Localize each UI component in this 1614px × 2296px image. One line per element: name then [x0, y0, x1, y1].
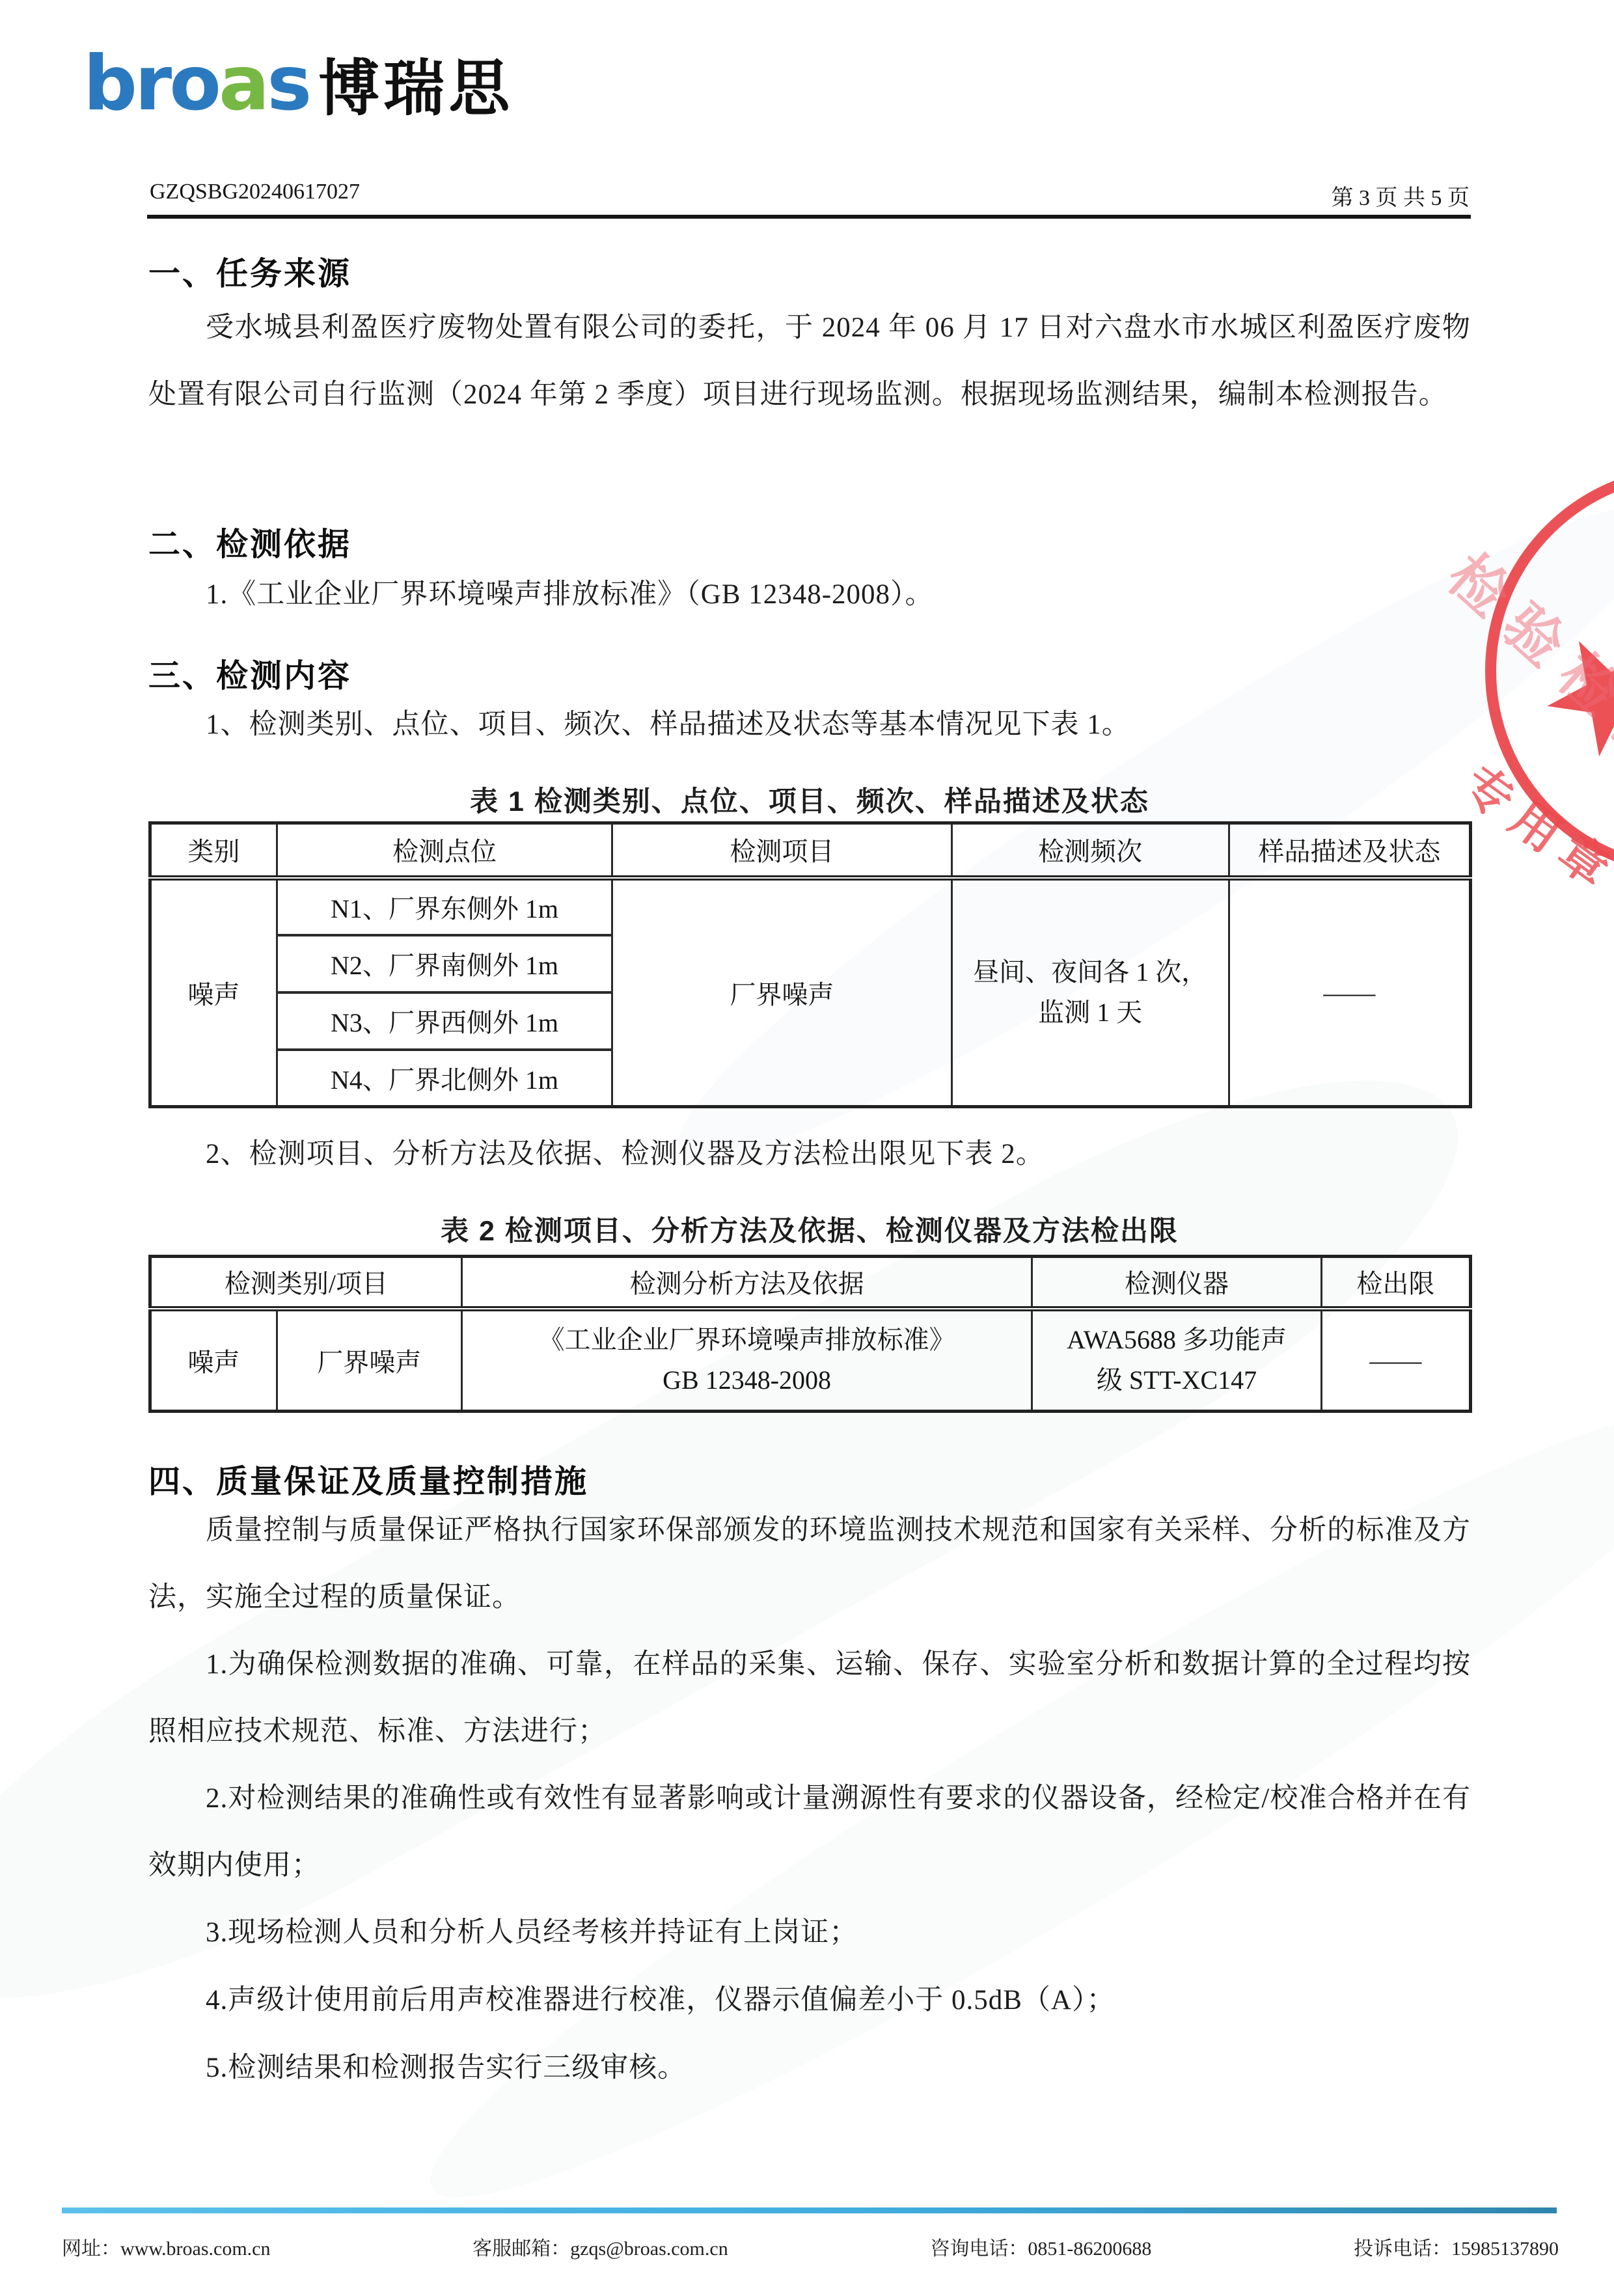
- table-1-category-cell: 噪声: [150, 878, 277, 1107]
- header-rule: [147, 215, 1471, 219]
- table-2-item-cell: 厂界噪声: [277, 1309, 461, 1412]
- section-4-paragraph: 质量控制与质量保证严格执行国家环保部颁发的环境监测技术规范和国家有关采样、分析的…: [148, 1497, 1471, 1631]
- table-2-method-cell: 《工业企业厂界环境噪声排放标准》 GB 12348-2008: [461, 1309, 1032, 1412]
- footer-website: 网址：www.broas.com.cn: [62, 2232, 271, 2261]
- logo-latin-text: broas: [83, 49, 309, 119]
- table-1-header-category: 类别: [150, 823, 277, 878]
- table-2-header-method: 检测分析方法及依据: [461, 1257, 1032, 1309]
- section-3-title: 三、检测内容: [148, 651, 1471, 696]
- table-2-category-cell: 噪声: [150, 1309, 277, 1412]
- table-1-header-sample: 样品描述及状态: [1229, 823, 1470, 878]
- section-1-paragraph: 受水城县利盈医疗废物处置有限公司的委托，于 2024 年 06 月 17 日对六…: [148, 294, 1471, 428]
- table-1-header-point: 检测点位: [277, 823, 612, 878]
- table-1-point-n4: N4、厂界北侧外 1m: [277, 1050, 612, 1107]
- table-1-sample-cell: ——: [1229, 878, 1470, 1107]
- section-4-item-1: 1.为确保检测数据的准确、可靠，在样品的采集、运输、保存、实验室分析和数据计算的…: [148, 1631, 1471, 1765]
- table-1-frequency-cell: 昼间、夜间各 1 次， 监测 1 天: [951, 878, 1229, 1107]
- logo-chinese-text: 博瑞思: [318, 58, 513, 119]
- footer-rule: [62, 2207, 1557, 2213]
- table-2: 检测类别/项目 检测分析方法及依据 检测仪器 检出限 噪声 厂界噪声 《工业企业…: [148, 1255, 1472, 1413]
- table-1: 类别 检测点位 检测项目 检测频次 样品描述及状态 噪声 N1、厂界东侧外 1m…: [148, 821, 1472, 1108]
- report-code: GZQSBG20240617027: [150, 180, 360, 212]
- table-1-point-n1: N1、厂界东侧外 1m: [277, 878, 612, 935]
- section-4-item-4: 4.声级计使用前后用声校准器进行校准，仪器示值偏差小于 0.5dB（A）；: [148, 1967, 1471, 2034]
- section-4-item-3: 3.现场检测人员和分析人员经考核并持证有上岗证；: [148, 1899, 1471, 1966]
- table-2-header-instrument: 检测仪器: [1032, 1257, 1321, 1309]
- page-footer: 网址：www.broas.com.cn 客服邮箱：gzqs@broas.com.…: [62, 2232, 1559, 2261]
- section-2-title: 二、检测依据: [148, 519, 1471, 565]
- table-2-title: 表 2 检测项目、分析方法及依据、检测仪器及方法检出限: [148, 1209, 1471, 1249]
- logo-latin-pre: bro: [83, 40, 219, 128]
- table-1-point-n2: N2、厂界南侧外 1m: [277, 935, 612, 992]
- section-4-title: 四、质量保证及质量控制措施: [148, 1456, 1471, 1502]
- table-1-header-frequency: 检测频次: [951, 823, 1229, 878]
- section-3-item-1: 1、检测类别、点位、项目、频次、样品描述及状态等基本情况见下表 1。: [148, 691, 1471, 758]
- table-2-limit-cell: ——: [1321, 1309, 1470, 1412]
- table-2-header-limit: 检出限: [1321, 1257, 1470, 1309]
- table-1-title: 表 1 检测类别、点位、项目、频次、样品描述及状态: [148, 780, 1471, 819]
- section-2-item-1: 1.《工业企业厂界环境噪声排放标准》（GB 12348-2008）。: [148, 561, 1471, 628]
- table-2-instrument-cell: AWA5688 多功能声 级 STT-XC147: [1032, 1309, 1321, 1412]
- footer-complaint-phone: 投诉电话：15985137890: [1354, 2232, 1559, 2261]
- report-page: broas 博瑞思 GZQSBG20240617027 第 3 页 共 5 页 …: [0, 0, 1614, 2296]
- table-1-project-cell: 厂界噪声: [612, 878, 951, 1107]
- logo-latin-a: a: [219, 40, 267, 128]
- company-logo: broas 博瑞思: [83, 49, 513, 119]
- section-4-item-2: 2.对检测结果的准确性或有效性有显著影响或计量溯源性有要求的仪器设备，经检定/校…: [148, 1765, 1471, 1899]
- table-1-header-project: 检测项目: [612, 823, 951, 878]
- page-header: GZQSBG20240617027 第 3 页 共 5 页: [150, 180, 1470, 212]
- logo-latin-post: s: [267, 40, 309, 128]
- table-row: 噪声 N1、厂界东侧外 1m 厂界噪声 昼间、夜间各 1 次， 监测 1 天 —…: [150, 878, 1471, 935]
- section-3-item-2: 2、检测项目、分析方法及依据、检测仪器及方法检出限见下表 2。: [148, 1121, 1471, 1188]
- footer-email: 客服邮箱：gzqs@broas.com.cn: [472, 2232, 728, 2261]
- section-4-item-5: 5.检测结果和检测报告实行三级审核。: [148, 2034, 1471, 2101]
- footer-consult-phone: 咨询电话：0851-86200688: [930, 2232, 1151, 2261]
- table-row: 噪声 厂界噪声 《工业企业厂界环境噪声排放标准》 GB 12348-2008 A…: [150, 1309, 1471, 1412]
- page-number: 第 3 页 共 5 页: [1332, 180, 1470, 212]
- section-1-title: 一、任务来源: [148, 249, 1471, 294]
- table-2-header-category-item: 检测类别/项目: [150, 1257, 462, 1309]
- table-1-point-n3: N3、厂界西侧外 1m: [277, 992, 612, 1050]
